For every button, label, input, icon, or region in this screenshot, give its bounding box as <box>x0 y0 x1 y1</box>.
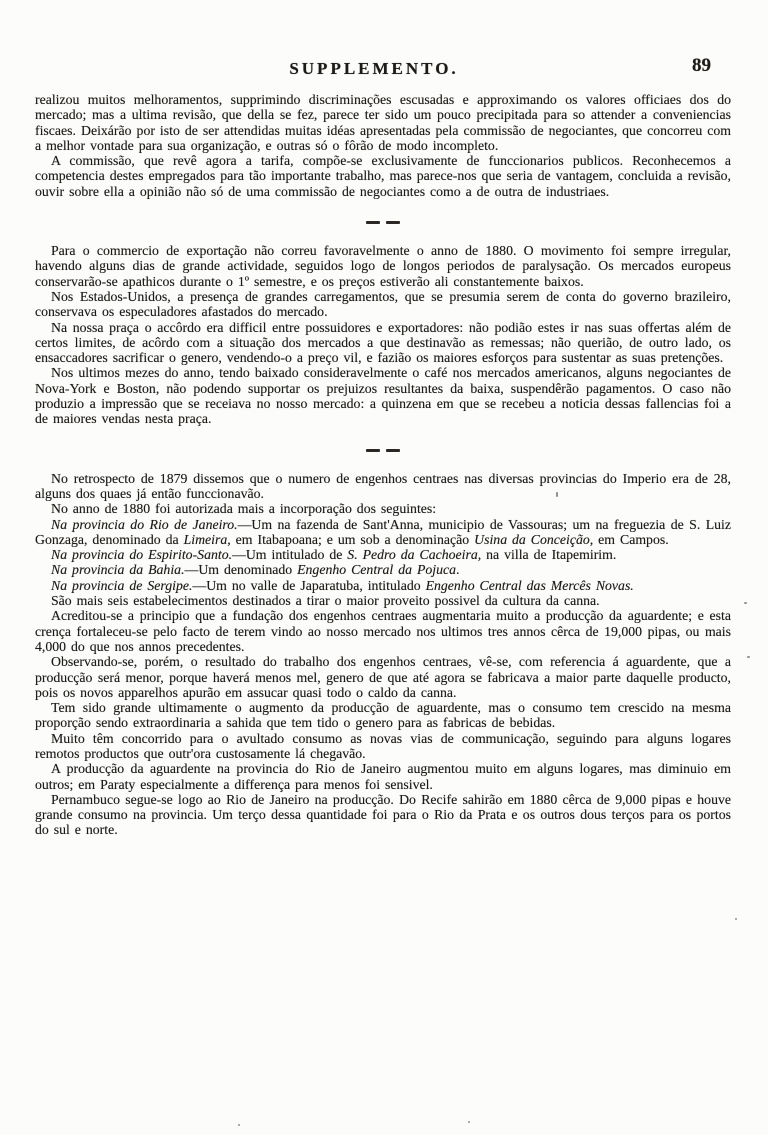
paragraph: A producção da aguardente na provincia d… <box>35 761 731 792</box>
italic-text-run: Engenho Central das Mercês Novas. <box>426 578 634 593</box>
scan-speck <box>556 492 558 497</box>
divider-dash <box>366 449 380 452</box>
paragraph: Na provincia do Rio de Janeiro.—Um na fa… <box>35 517 731 548</box>
divider-dash <box>386 449 400 452</box>
paragraph: Nos Estados-Unidos, a presença de grande… <box>35 289 731 320</box>
section-divider <box>35 220 731 223</box>
paragraph: No retrospecto de 1879 dissemos que o nu… <box>35 471 731 502</box>
paragraph: Nos ultimos mezes do anno, tendo baixado… <box>35 365 731 426</box>
italic-text-run: Na provincia da Bahia. <box>51 562 185 577</box>
text-run: na villa de Itapemirim. <box>481 547 616 562</box>
divider-dash <box>386 221 400 224</box>
scan-speck <box>238 1124 240 1126</box>
text-run: São mais seis estabelecimentos destinado… <box>51 593 600 608</box>
text-run: . <box>456 562 459 577</box>
paragraph: São mais seis estabelecimentos destinado… <box>35 593 731 608</box>
scan-speck <box>468 1121 470 1123</box>
text-run: —Um denominado <box>185 562 298 577</box>
scanned-page: SUPPLEMENTO. 89 realizou muitos melhoram… <box>0 0 768 1135</box>
divider-dash <box>366 221 380 224</box>
paragraph: Na provincia de Sergipe.—Um no valle de … <box>35 578 731 593</box>
section-tariff-revision: realizou muitos melhoramentos, supprimin… <box>35 92 731 199</box>
paragraph: A commissão, que revê agora a tarifa, co… <box>35 153 731 199</box>
section-export-trade-1880: Para o commercio de exportação não corre… <box>35 243 731 427</box>
section-central-mills: No retrospecto de 1879 dissemos que o nu… <box>35 471 731 838</box>
text-run: realizou muitos melhoramentos, supprimin… <box>35 92 731 153</box>
text-run: No retrospecto de 1879 dissemos que o nu… <box>35 471 731 501</box>
text-run: Muito têm concorrido para o avultado con… <box>35 731 731 761</box>
paragraph: Na provincia do Espirito-Santo.—Um intit… <box>35 547 731 562</box>
paragraph: Na nossa praça o accôrdo era difficil en… <box>35 320 731 366</box>
section-divider <box>35 448 731 451</box>
italic-text-run: S. Pedro da Cachoeira, <box>347 547 481 562</box>
text-run: Na nossa praça o accôrdo era difficil en… <box>35 320 731 366</box>
text-run: Acreditou-se a principio que a fundação … <box>35 608 731 654</box>
text-run: No anno de 1880 foi autorizada mais a in… <box>51 501 436 516</box>
text-run: em Itabapoana; e um sob a denominação <box>231 532 474 547</box>
text-run: A commissão, que revê agora a tarifa, co… <box>35 153 731 199</box>
paragraph: realizou muitos melhoramentos, supprimin… <box>35 92 731 153</box>
text-run: Tem sido grande ultimamente o augmento d… <box>35 700 731 730</box>
scan-speck <box>735 918 737 920</box>
italic-text-run: Limeira, <box>184 532 231 547</box>
text-run: Para o commercio de exportação não corre… <box>35 243 731 289</box>
paragraph: Na provincia da Bahia.—Um denominado Eng… <box>35 562 731 577</box>
text-run: A producção da aguardente na provincia d… <box>35 761 731 791</box>
text-run: —Um intitulado de <box>232 547 347 562</box>
paragraph: Tem sido grande ultimamente o augmento d… <box>35 700 731 731</box>
scan-speck <box>744 602 747 604</box>
text-run: Pernambuco segue-se logo ao Rio de Janei… <box>35 792 731 838</box>
text-run: em Campos. <box>593 532 668 547</box>
page-header: SUPPLEMENTO. 89 <box>0 57 768 81</box>
text-run: —Um no valle de Japaratuba, intitulado <box>192 578 425 593</box>
paragraph: Muito têm concorrido para o avultado con… <box>35 731 731 762</box>
paragraph: Pernambuco segue-se logo ao Rio de Janei… <box>35 792 731 838</box>
paragraph: Para o commercio de exportação não corre… <box>35 243 731 289</box>
page-number: 89 <box>692 55 711 77</box>
text-run: Nos Estados-Unidos, a presença de grande… <box>35 289 731 319</box>
paragraph: No anno de 1880 foi autorizada mais a in… <box>35 501 731 516</box>
paragraph: Observando-se, porém, o resultado do tra… <box>35 654 731 700</box>
paragraph: Acreditou-se a principio que a fundação … <box>35 608 731 654</box>
page-title: SUPPLEMENTO. <box>0 57 758 81</box>
italic-text-run: Na provincia do Espirito-Santo. <box>51 547 232 562</box>
text-run: Observando-se, porém, o resultado do tra… <box>35 654 731 700</box>
scan-speck <box>747 656 750 658</box>
text-run: Nos ultimos mezes do anno, tendo baixado… <box>35 365 731 426</box>
italic-text-run: Usina da Conceição, <box>474 532 593 547</box>
italic-text-run: Na provincia do Rio de Janeiro. <box>51 517 238 532</box>
page-body: realizou muitos melhoramentos, supprimin… <box>0 81 768 838</box>
italic-text-run: Na provincia de Sergipe. <box>51 578 192 593</box>
italic-text-run: Engenho Central da Pojuca <box>297 562 456 577</box>
